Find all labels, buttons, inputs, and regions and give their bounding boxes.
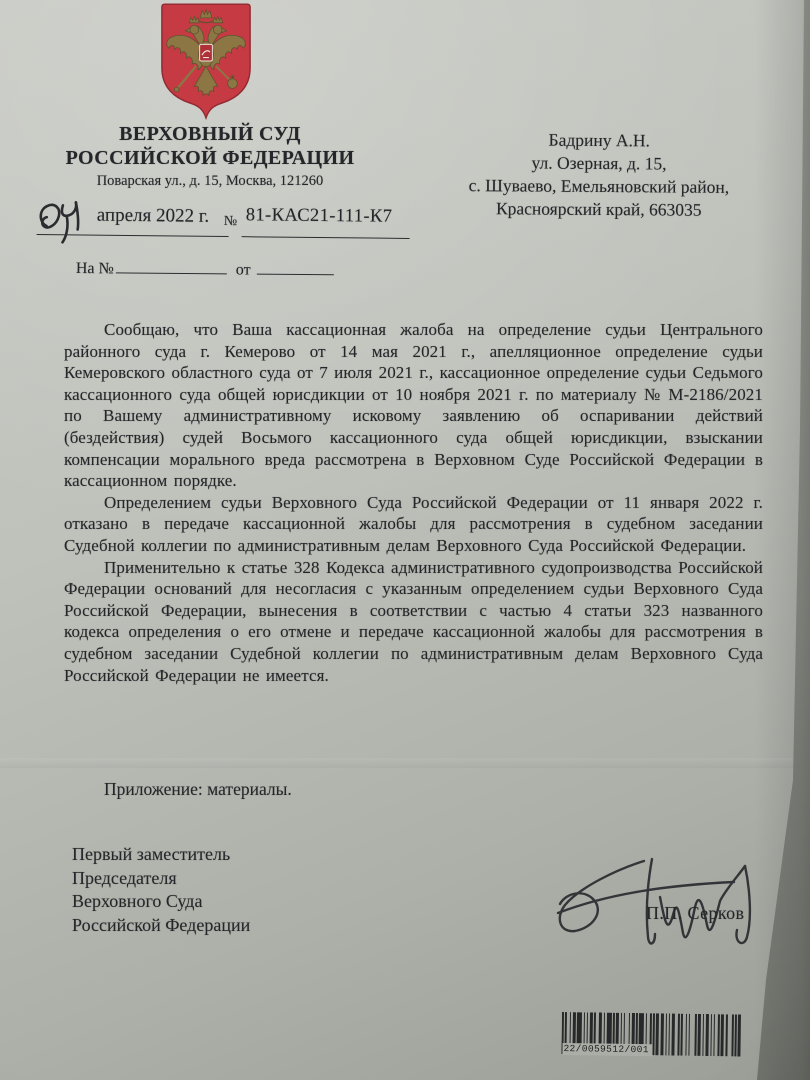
body-paragraph-1: Сообщаю, что Ваша кассационная жалоба на… <box>64 319 763 492</box>
paper-fold-line <box>0 758 810 768</box>
signer-title-line2: Председателя <box>72 867 250 891</box>
document-photo: ВЕРХОВНЫЙ СУД РОССИЙСКОЙ ФЕДЕРАЦИИ Повар… <box>0 0 810 1080</box>
org-name-line1: ВЕРХОВНЫЙ СУД <box>55 122 365 146</box>
reference-number-blank <box>116 257 227 274</box>
recipient-street: ул. Озерная, д. 15, <box>438 151 760 176</box>
russia-coat-of-arms-icon <box>157 3 255 121</box>
recipient-region: Красноярский край, 663035 <box>438 197 760 222</box>
signer-title-line3: Верховного Суда <box>72 890 250 914</box>
signer-name: П.П. Серков <box>646 903 744 924</box>
signer-title-line1: Первый заместитель <box>72 843 250 867</box>
handwritten-day-mark <box>32 196 99 247</box>
attachment-note: Приложение: материалы. <box>104 779 292 800</box>
case-number: 81-КАС21-111-К7 <box>246 205 393 228</box>
reference-line: На №от <box>76 257 334 280</box>
date-number-row: апреля 2022 г. № 81-КАС21-111-К7 <box>32 196 453 252</box>
recipient-block: Бадрину А.Н. ул. Озерная, д. 15, с. Шува… <box>438 128 761 222</box>
org-name: ВЕРХОВНЫЙ СУД РОССИЙСКОЙ ФЕДЕРАЦИИ <box>55 122 365 170</box>
barcode: 22/0059512/001 <box>561 1012 756 1057</box>
recipient-name: Бадрину А.Н. <box>438 128 760 153</box>
body-paragraph-3: Применительно к статье 328 Кодекса админ… <box>64 557 763 687</box>
case-number-underline <box>242 236 410 239</box>
org-name-line2: РОССИЙСКОЙ ФЕДЕРАЦИИ <box>55 146 365 170</box>
reference-date-blank <box>257 259 334 276</box>
date-text: апреля 2022 г. <box>97 205 210 228</box>
org-address: Поварская ул., д. 15, Москва, 121260 <box>55 173 365 190</box>
signer-title-line4: Российской Федерации <box>72 914 250 938</box>
letter-paper: ВЕРХОВНЫЙ СУД РОССИЙСКОЙ ФЕДЕРАЦИИ Повар… <box>0 0 810 1080</box>
reference-infix: от <box>236 261 251 278</box>
signer-title: Первый заместитель Председателя Верховно… <box>72 843 250 937</box>
body-paragraph-2: Определением судьи Верховного Суда Росси… <box>64 492 763 557</box>
reference-prefix: На № <box>76 260 114 277</box>
recipient-settlement: с. Шуваево, Емельяновский район, <box>438 174 760 199</box>
number-sign: № <box>224 214 238 230</box>
letter-body: Сообщаю, что Ваша кассационная жалоба на… <box>64 319 763 686</box>
barcode-number: 22/0059512/001 <box>562 1043 653 1056</box>
signature-scribble-icon <box>548 849 800 955</box>
